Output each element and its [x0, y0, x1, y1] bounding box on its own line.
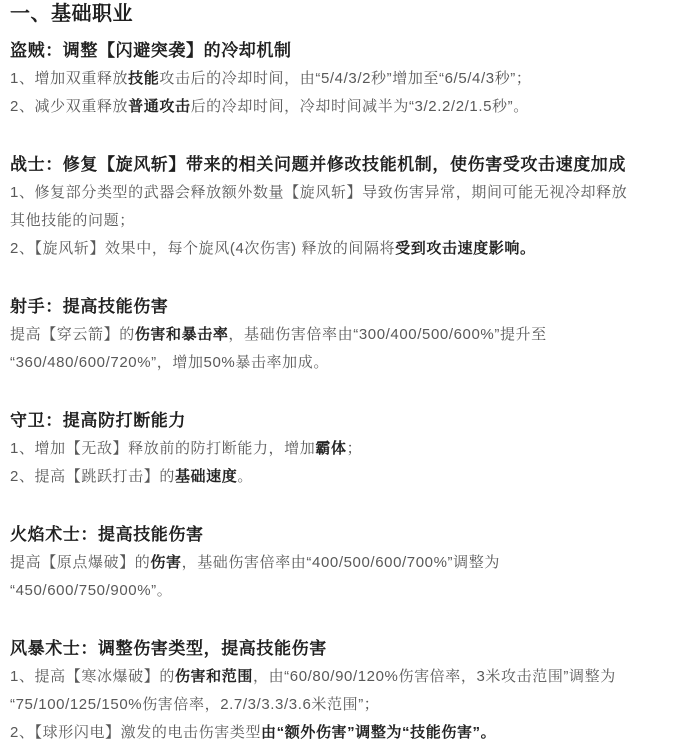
- text-run: ，基础伤害倍率由“300/400/500/600%”提升至: [228, 326, 546, 343]
- body-line: “450/600/750/900%”。: [10, 577, 655, 605]
- body-line: 其他技能的问题；: [10, 207, 655, 235]
- text-run: 。: [237, 468, 253, 485]
- text-run: “360/480/600/720%”，增加50%暴击率加成。: [10, 354, 329, 371]
- bold-text-run: 由“额外伤害”调整为“技能伤害”。: [261, 724, 496, 741]
- section-heading: 战士：修复【旋风斩】带来的相关问题并修改技能机制，使伤害受攻击速度加成: [10, 151, 655, 179]
- sections-container: 盗贼：调整【闪避突袭】的冷却机制1、增加双重释放技能攻击后的冷却时间，由“5/4…: [10, 37, 655, 741]
- text-run: 2、【旋风斩】效果中，每个旋风(4次伤害) 释放的间隔将: [10, 240, 395, 257]
- section-heading: 守卫：提高防打断能力: [10, 407, 655, 435]
- body-line: “75/100/125/150%伤害倍率，2.7/3/3.3/3.6米范围”；: [10, 691, 655, 719]
- body-line: 2、减少双重释放普通攻击后的冷却时间，冷却时间减半为“3/2.2/2/1.5秒”…: [10, 93, 655, 121]
- bold-text-run: 伤害和暴击率: [135, 326, 229, 343]
- text-run: ；: [347, 440, 363, 457]
- text-run: 其他技能的问题；: [10, 212, 135, 229]
- class-section: 射手：提高技能伤害提高【穿云箭】的伤害和暴击率，基础伤害倍率由“300/400/…: [10, 293, 655, 377]
- text-run: 1、增加双重释放: [10, 70, 128, 87]
- bold-text-run: 伤害: [150, 554, 181, 571]
- text-run: 1、修复部分类型的武器会释放额外数量【旋风斩】导致伤害异常，期间可能无视冷却释放: [10, 184, 627, 201]
- body-line: “360/480/600/720%”，增加50%暴击率加成。: [10, 349, 655, 377]
- text-run: 提高【穿云箭】的: [10, 326, 135, 343]
- body-line: 2、【旋风斩】效果中，每个旋风(4次伤害) 释放的间隔将受到攻击速度影响。: [10, 235, 655, 263]
- class-section: 盗贼：调整【闪避突袭】的冷却机制1、增加双重释放技能攻击后的冷却时间，由“5/4…: [10, 37, 655, 121]
- text-run: ，基础伤害倍率由“400/500/600/700%”调整为: [182, 554, 500, 571]
- text-run: 1、提高【寒冰爆破】的: [10, 668, 175, 685]
- class-section: 守卫：提高防打断能力1、增加【无敌】释放前的防打断能力，增加霸体；2、提高【跳跃…: [10, 407, 655, 491]
- text-run: 后的冷却时间，冷却时间减半为“3/2.2/2/1.5秒”。: [191, 98, 529, 115]
- body-line: 2、【球形闪电】激发的电击伤害类型由“额外伤害”调整为“技能伤害”。: [10, 719, 655, 741]
- body-line: 提高【原点爆破】的伤害，基础伤害倍率由“400/500/600/700%”调整为: [10, 549, 655, 577]
- bold-text-run: 基础速度: [175, 468, 237, 485]
- bold-text-run: 普通攻击: [128, 98, 190, 115]
- text-run: 2、减少双重释放: [10, 98, 128, 115]
- class-section: 战士：修复【旋风斩】带来的相关问题并修改技能机制，使伤害受攻击速度加成1、修复部…: [10, 151, 655, 263]
- bold-text-run: 受到攻击速度影响。: [395, 240, 535, 257]
- patch-notes-page: 一、基础职业 盗贼：调整【闪避突袭】的冷却机制1、增加双重释放技能攻击后的冷却时…: [0, 0, 695, 741]
- text-run: 提高【原点爆破】的: [10, 554, 150, 571]
- class-section: 风暴术士：调整伤害类型，提高技能伤害1、提高【寒冰爆破】的伤害和范围，由“60/…: [10, 635, 655, 741]
- page-title: 一、基础职业: [10, 2, 655, 26]
- text-run: 2、【球形闪电】激发的电击伤害类型: [10, 724, 261, 741]
- body-line: 1、增加双重释放技能攻击后的冷却时间，由“5/4/3/2秒”增加至“6/5/4/…: [10, 65, 655, 93]
- text-run: “75/100/125/150%伤害倍率，2.7/3/3.3/3.6米范围”；: [10, 696, 379, 713]
- section-heading: 火焰术士：提高技能伤害: [10, 521, 655, 549]
- text-run: “450/600/750/900%”。: [10, 582, 172, 599]
- body-line: 1、提高【寒冰爆破】的伤害和范围，由“60/80/90/120%伤害倍率，3米攻…: [10, 663, 655, 691]
- body-line: 1、修复部分类型的武器会释放额外数量【旋风斩】导致伤害异常，期间可能无视冷却释放: [10, 179, 655, 207]
- body-line: 2、提高【跳跃打击】的基础速度。: [10, 463, 655, 491]
- bold-text-run: 伤害和范围: [175, 668, 253, 685]
- text-run: 1、增加【无敌】释放前的防打断能力，增加: [10, 440, 315, 457]
- class-section: 火焰术士：提高技能伤害提高【原点爆破】的伤害，基础伤害倍率由“400/500/6…: [10, 521, 655, 605]
- section-heading: 盗贼：调整【闪避突袭】的冷却机制: [10, 37, 655, 65]
- body-line: 提高【穿云箭】的伤害和暴击率，基础伤害倍率由“300/400/500/600%”…: [10, 321, 655, 349]
- text-run: ，由“60/80/90/120%伤害倍率，3米攻击范围”调整为: [253, 668, 616, 685]
- section-heading: 风暴术士：调整伤害类型，提高技能伤害: [10, 635, 655, 663]
- bold-text-run: 技能: [128, 70, 159, 87]
- bold-text-run: 霸体: [315, 440, 346, 457]
- section-heading: 射手：提高技能伤害: [10, 293, 655, 321]
- body-line: 1、增加【无敌】释放前的防打断能力，增加霸体；: [10, 435, 655, 463]
- text-run: 攻击后的冷却时间，由“5/4/3/2秒”增加至“6/5/4/3秒”；: [159, 70, 531, 87]
- text-run: 2、提高【跳跃打击】的: [10, 468, 175, 485]
